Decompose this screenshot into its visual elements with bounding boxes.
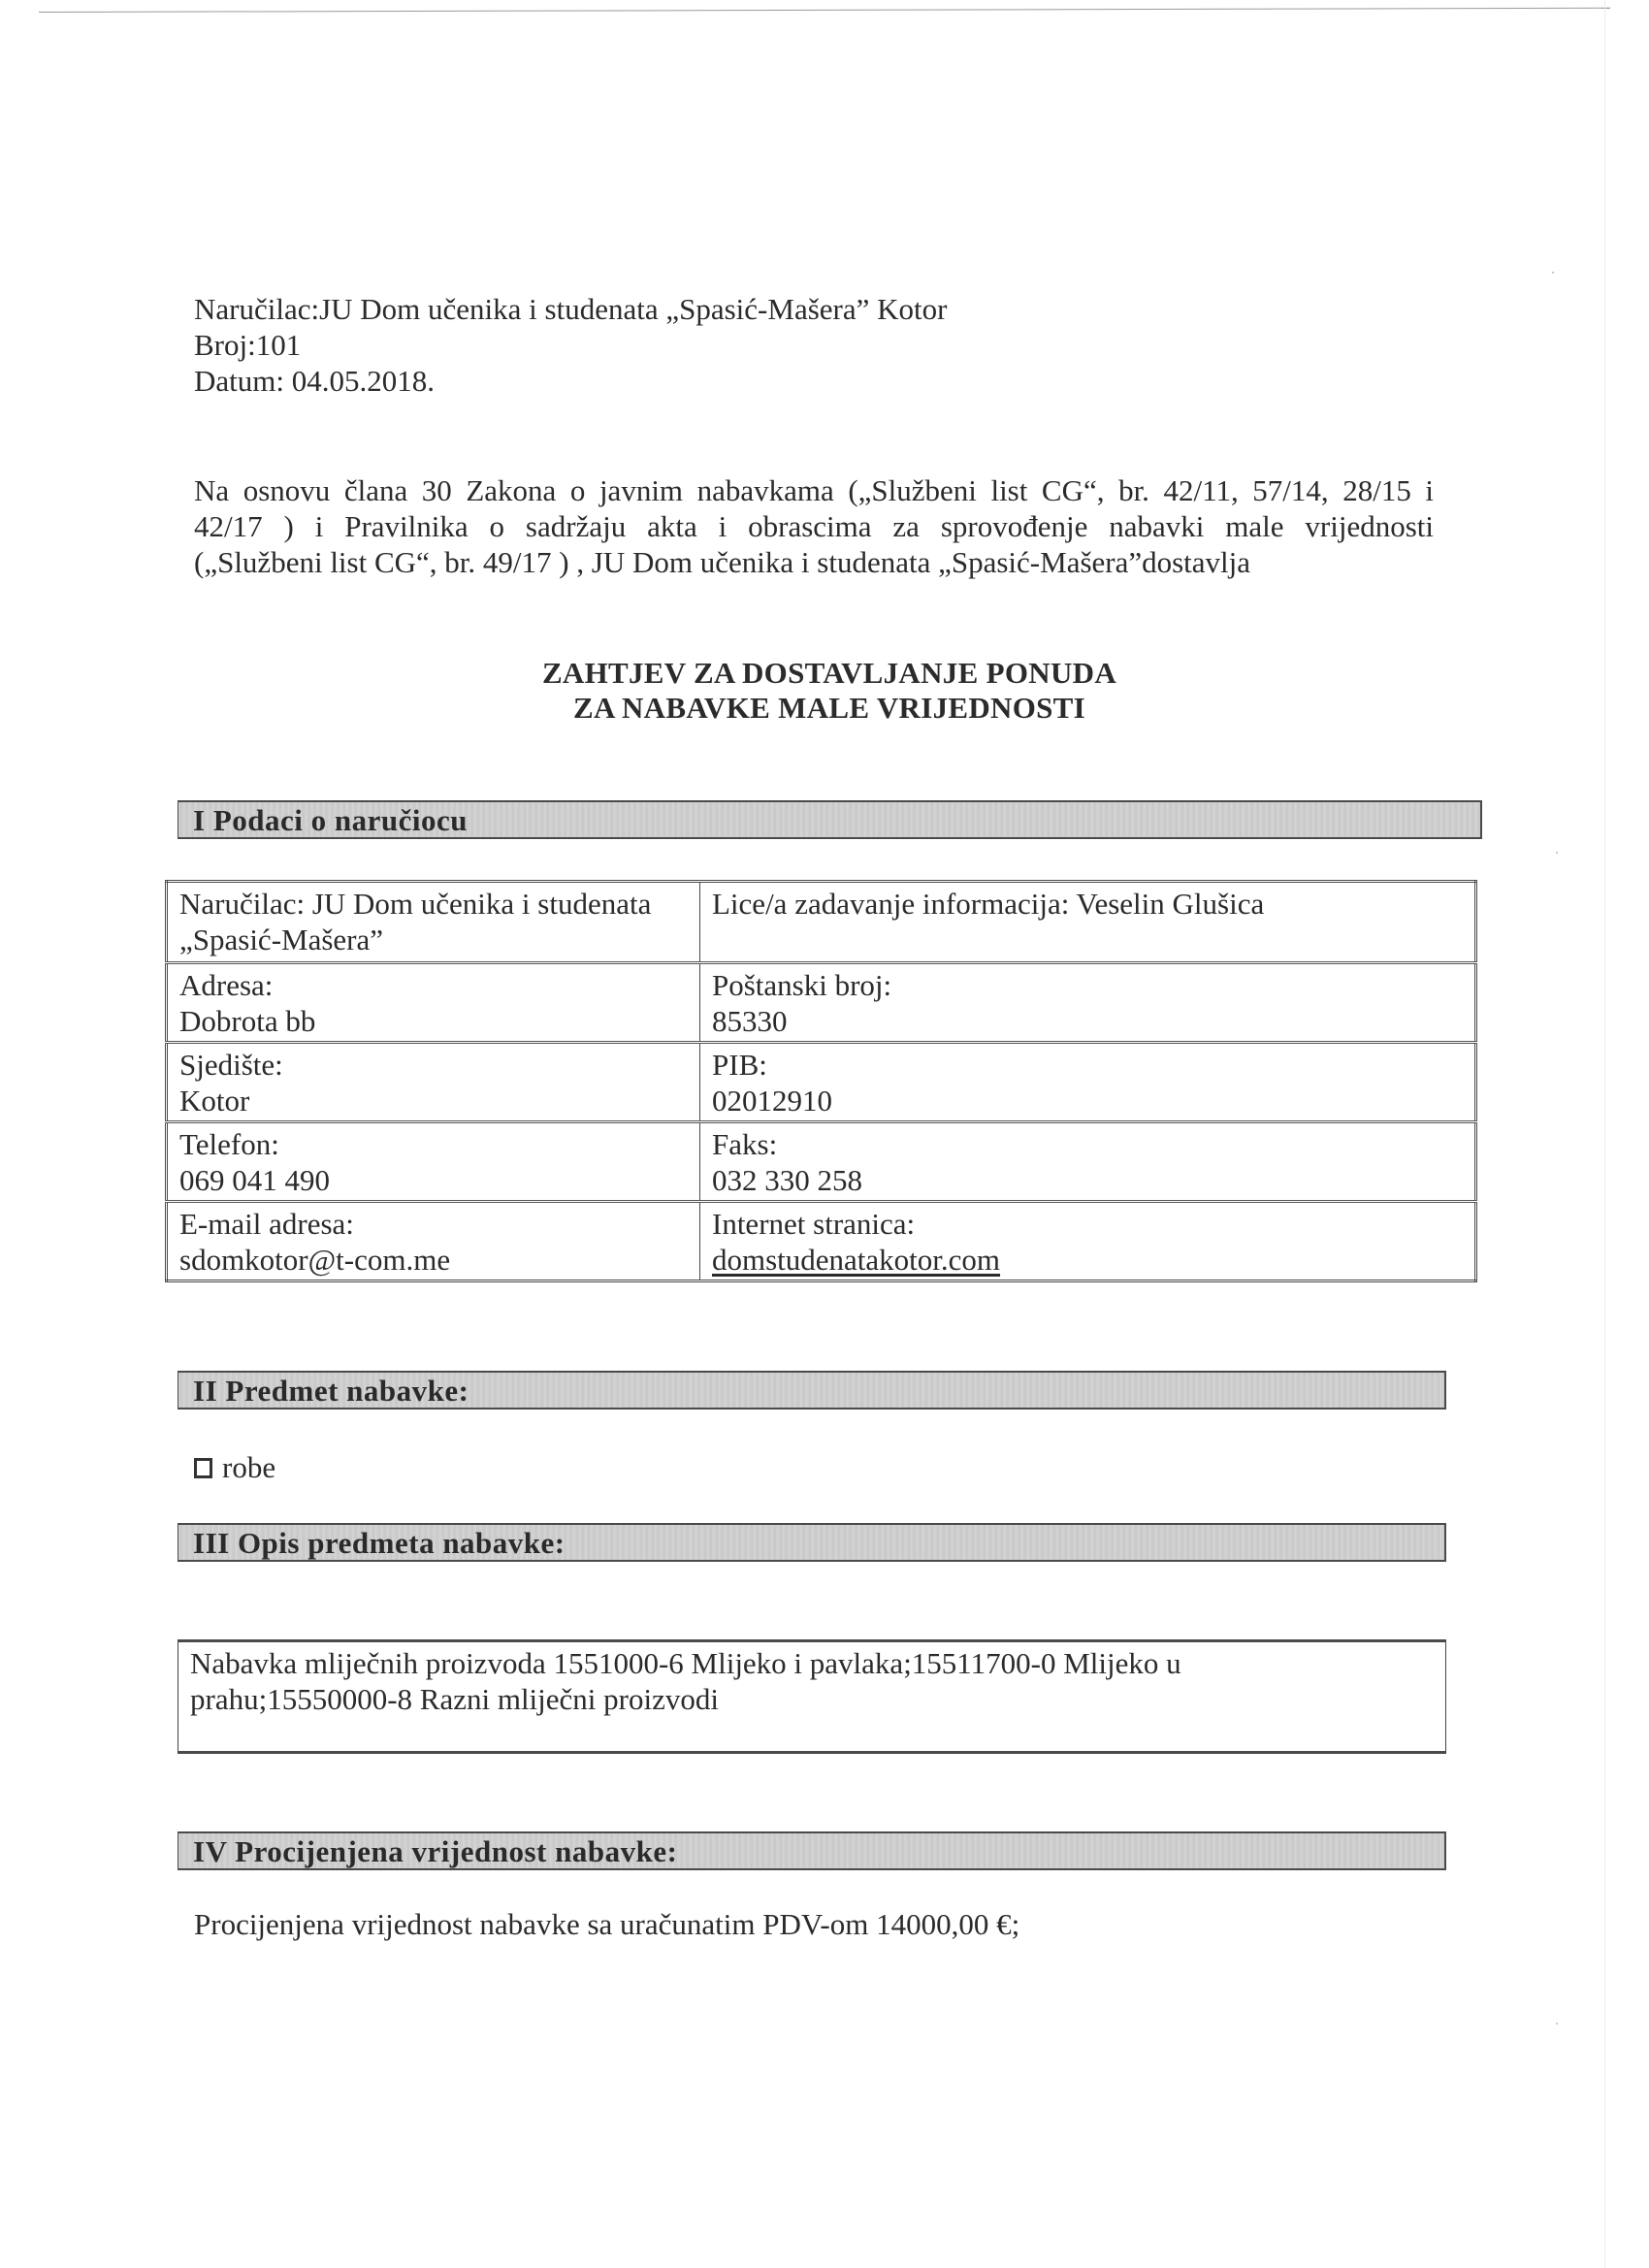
cell-label: PIB: xyxy=(712,1047,1463,1083)
table-cell: E-mail adresa: sdomkotor@t-com.me xyxy=(167,1202,700,1281)
section-title: II Predmet nabavke: xyxy=(193,1374,469,1409)
paragraph-line: 42/17 ) i Pravilnika o sadržaju akta i o… xyxy=(194,508,1434,544)
cell-label: Telefon: xyxy=(179,1126,688,1162)
section-header-description: III Opis predmeta nabavke: xyxy=(178,1523,1446,1562)
contracting-authority-table: Naručilac: JU Dom učenika i studenata „S… xyxy=(165,880,1477,1282)
reference-number: Broj:101 xyxy=(194,327,947,363)
website-link[interactable]: domstudenatakotor.com xyxy=(712,1242,1463,1278)
table-cell: Lice/a zadavanje informacija: Veselin Gl… xyxy=(700,882,1476,963)
contracting-authority-line: Naručilac:JU Dom učenika i studenata „Sp… xyxy=(194,291,947,327)
table-row: Adresa: Dobrota bb Poštanski broj: 85330 xyxy=(167,963,1476,1043)
table-row: E-mail adresa: sdomkotor@t-com.me Intern… xyxy=(167,1202,1476,1281)
scan-speck xyxy=(1556,852,1558,854)
scan-top-edge xyxy=(39,8,1610,13)
cell-label: Lice/a zadavanje informacija: Veselin Gl… xyxy=(712,886,1463,922)
cell-label: E-mail adresa: xyxy=(179,1206,688,1242)
cell-value: 02012910 xyxy=(712,1083,1463,1118)
cell-label: Internet stranica: xyxy=(712,1206,1463,1242)
checkbox-icon[interactable] xyxy=(194,1458,212,1478)
paragraph-line: („Službeni list CG“, br. 49/17 ) , JU Do… xyxy=(194,544,1434,580)
scan-speck xyxy=(1552,272,1554,274)
description-line: prahu;15550000-8 Razni mliječni proizvod… xyxy=(190,1681,1434,1717)
table-row: Telefon: 069 041 490 Faks: 032 330 258 xyxy=(167,1122,1476,1202)
table-cell: Faks: 032 330 258 xyxy=(700,1122,1476,1202)
scan-right-edge xyxy=(1604,0,1605,2268)
cell-value: Dobrota bb xyxy=(179,1003,688,1039)
description-line: Nabavka mliječnih proizvoda 1551000-6 Ml… xyxy=(190,1645,1434,1681)
section-title: III Opis predmeta nabavke: xyxy=(193,1526,566,1561)
document-title: ZAHTJEV ZA DOSTAVLJANJE PONUDA ZA NABAVK… xyxy=(0,656,1649,726)
table-cell: Adresa: Dobrota bb xyxy=(167,963,700,1043)
section-header-contracting-authority: I Podaci o naručiocu xyxy=(178,800,1482,839)
estimated-value-text: Procijenjena vrijednost nabavke sa uraču… xyxy=(194,1906,1019,1942)
paragraph-line: Na osnovu člana 30 Zakona o javnim nabav… xyxy=(194,472,1434,508)
table-row: Sjedište: Kotor PIB: 02012910 xyxy=(167,1043,1476,1122)
table-cell: Telefon: 069 041 490 xyxy=(167,1122,700,1202)
cell-value: „Spasić-Mašera” xyxy=(179,922,688,957)
title-line-1: ZAHTJEV ZA DOSTAVLJANJE PONUDA xyxy=(0,656,1649,691)
document-header: Naručilac:JU Dom učenika i studenata „Sp… xyxy=(194,291,947,399)
cell-value: Kotor xyxy=(179,1083,688,1118)
cell-label: Naručilac: JU Dom učenika i studenata xyxy=(179,886,688,922)
table-row: Naručilac: JU Dom učenika i studenata „S… xyxy=(167,882,1476,963)
table-cell: PIB: 02012910 xyxy=(700,1043,1476,1122)
cell-label: Poštanski broj: xyxy=(712,967,1463,1003)
section-title: I Podaci o naručiocu xyxy=(193,803,468,838)
section-header-estimated-value: IV Procijenjena vrijednost nabavke: xyxy=(178,1831,1446,1870)
section-header-subject: II Predmet nabavke: xyxy=(178,1371,1446,1409)
document-date: Datum: 04.05.2018. xyxy=(194,363,947,399)
subject-option-goods: robe xyxy=(194,1449,275,1485)
checkbox-label: robe xyxy=(222,1449,275,1485)
table-cell: Internet stranica: domstudenatakotor.com xyxy=(700,1202,1476,1281)
table-cell: Sjedište: Kotor xyxy=(167,1043,700,1122)
email-link[interactable]: sdomkotor@t-com.me xyxy=(179,1242,688,1278)
cell-label: Sjedište: xyxy=(179,1047,688,1083)
table-cell: Poštanski broj: 85330 xyxy=(700,963,1476,1043)
table-cell: Naručilac: JU Dom učenika i studenata „S… xyxy=(167,882,700,963)
section-title: IV Procijenjena vrijednost nabavke: xyxy=(193,1834,677,1869)
legal-basis-paragraph: Na osnovu člana 30 Zakona o javnim nabav… xyxy=(194,472,1434,580)
cell-value: 069 041 490 xyxy=(179,1162,688,1198)
cell-label: Adresa: xyxy=(179,967,688,1003)
cell-value: 85330 xyxy=(712,1003,1463,1039)
title-line-2: ZA NABAVKE MALE VRIJEDNOSTI xyxy=(0,691,1649,726)
cell-label: Faks: xyxy=(712,1126,1463,1162)
cell-value: 032 330 258 xyxy=(712,1162,1463,1198)
description-box: Nabavka mliječnih proizvoda 1551000-6 Ml… xyxy=(178,1639,1446,1754)
scan-speck xyxy=(1556,2023,1558,2025)
